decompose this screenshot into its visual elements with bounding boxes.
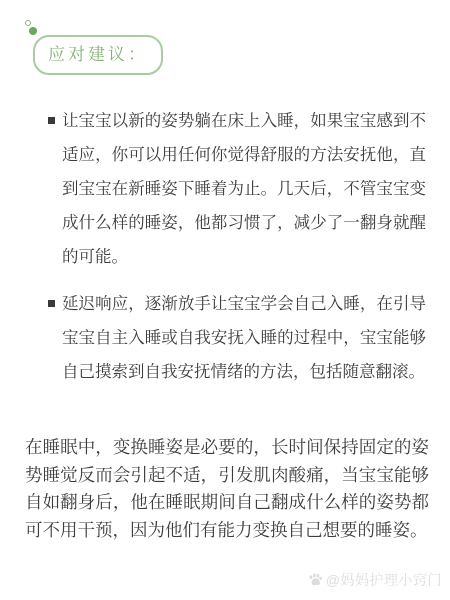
coping-advice-badge: 应对建议： [33, 35, 163, 75]
bullet-square-icon [48, 300, 55, 307]
dot-ring-icon [25, 20, 31, 26]
list-item: 延迟响应，逐渐放手让宝宝学会自己入睡，在引导宝宝自主入睡或自我安抚入睡的过程中，… [48, 287, 426, 389]
watermark: @妈妈护理小窍门 [308, 570, 442, 590]
dot-filled-icon [29, 27, 37, 35]
summary-paragraph: 在睡眠中，变换睡姿是必要的，长时间保持固定的姿势睡觉反而会引起不适，引发肌肉酸痛… [25, 434, 429, 544]
list-item: 让宝宝以新的姿势躺在床上入睡，如果宝宝感到不适应，你可以用任何你觉得舒服的方法安… [48, 104, 426, 274]
list-item-text: 让宝宝以新的姿势躺在床上入睡，如果宝宝感到不适应，你可以用任何你觉得舒服的方法安… [62, 112, 426, 266]
advice-card: { "colors": { "background": "#ffffff", "… [0, 0, 450, 600]
suggestion-list: 让宝宝以新的姿势躺在床上入睡，如果宝宝感到不适应，你可以用任何你觉得舒服的方法安… [48, 104, 426, 389]
bullet-square-icon [48, 117, 55, 124]
watermark-text: @妈妈护理小窍门 [326, 570, 442, 590]
coping-advice-badge-label: 应对建议： [48, 45, 148, 64]
paw-icon [308, 573, 323, 587]
list-item-text: 延迟响应，逐渐放手让宝宝学会自己入睡，在引导宝宝自主入睡或自我安抚入睡的过程中，… [62, 295, 426, 381]
